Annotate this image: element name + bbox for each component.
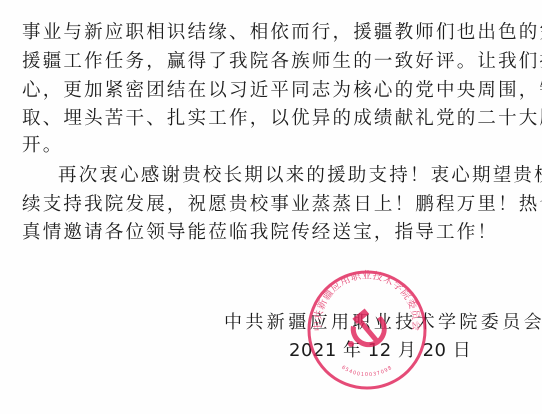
paragraph-2-line-1: 再次衷心感谢贵校长期以来的援助支持！衷心期望贵校能继	[58, 165, 542, 187]
paragraph-2-line-3: 真情邀请各位领导能莅临我院传经送宝，指导工作！	[22, 222, 522, 244]
svg-text:6540010037098: 6540010037098	[340, 365, 393, 379]
paragraph-1-line-3: 心，更加紧密团结在以习近平同志为核心的党中央周围，锐意进	[22, 80, 522, 102]
paragraph-2-line-2: 续支持我院发展，祝愿贵校事业蒸蒸日上！鹏程万里！热切期盼、	[22, 194, 522, 216]
paragraph-1-line-4: 取、埋头苦干、扎实工作，以优异的成绩献礼党的二十大胜利召	[22, 108, 522, 130]
paragraph-1-line-1: 事业与新应职相识结缘、相依而行，援疆教师们也出色的完成了	[22, 22, 522, 44]
signature-date: 2021 年 12 月 20 日	[289, 336, 471, 362]
signature-organization: 中共新疆应用职业技术学院委员会	[224, 308, 542, 334]
paragraph-1-line-5: 开。	[22, 135, 522, 157]
document-page: 事业与新应职相识结缘、相依而行，援疆教师们也出色的完成了 援疆工作任务，赢得了我…	[0, 0, 542, 414]
paragraph-1-line-2: 援疆工作任务，赢得了我院各族师生的一致好评。让我们携手同	[22, 51, 522, 73]
